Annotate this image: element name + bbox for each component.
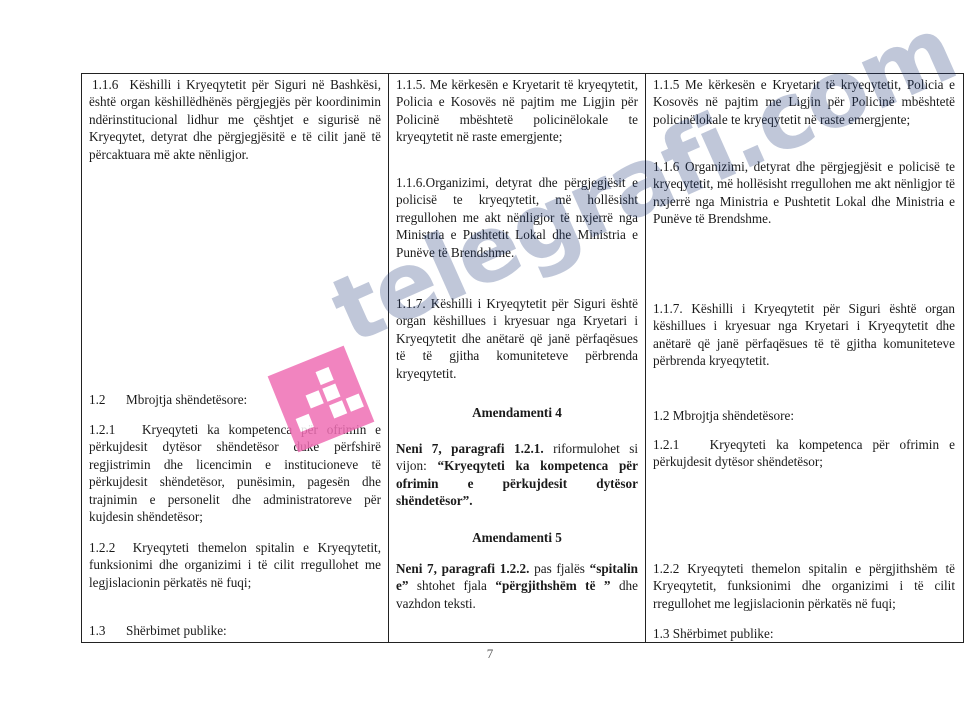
paragraph-number: 1.2 — [89, 391, 126, 408]
comparison-table: 1.1.6 Këshilli i Kryeqytetit për Siguri … — [81, 73, 964, 643]
paragraph-text: Shërbimet publike: — [126, 623, 227, 638]
paragraph-1-1-7: 1.1.7. Këshilli i Kryeqytetit për Siguri… — [653, 300, 955, 370]
amendment-text: pas fjalës — [529, 561, 589, 576]
paragraph-1-3: 1.3 Shërbimet publike: — [653, 625, 955, 642]
page-number: 7 — [0, 646, 980, 662]
column-amendments: 1.1.5. Me kërkesën e Kryetarit të kryeqy… — [389, 74, 646, 642]
paragraph-number: 1.2.2 — [89, 540, 115, 555]
paragraph-number: 1.3 — [89, 622, 126, 639]
paragraph-1-2-2: 1.2.2 Kryeqyteti themelon spitalin e Kry… — [89, 539, 381, 591]
amendment-5-heading: Amendamenti 5 — [396, 529, 638, 546]
paragraph-1-1-5: 1.1.5 Me kërkesën e Kryetarit të kryeqyt… — [653, 76, 955, 128]
amendment-4-text: Neni 7, paragrafi 1.2.1. riformulohet si… — [396, 440, 638, 510]
article-reference: Neni 7, paragrafi 1.2.1. — [396, 441, 544, 456]
document-page: 1.1.6 Këshilli i Kryeqytetit për Siguri … — [0, 0, 980, 709]
amendment-5-text: Neni 7, paragrafi 1.2.2. pas fjalës “spi… — [396, 560, 638, 612]
paragraph-1-1-6: 1.1.6 Këshilli i Kryeqytetit për Siguri … — [89, 76, 381, 163]
paragraph-1-1-5: 1.1.5. Me kërkesën e Kryetarit të kryeqy… — [396, 76, 638, 146]
amendment-4-heading: Amendamenti 4 — [396, 404, 638, 421]
article-reference: Neni 7, paragrafi 1.2.2. — [396, 561, 529, 576]
paragraph-1-1-6: 1.1.6 Organizimi, detyrat dhe përgjegjës… — [653, 158, 955, 228]
paragraph-1-1-6: 1.1.6.Organizimi, detyrat dhe përgjegjës… — [396, 174, 638, 261]
paragraph-1-2-1: 1.2.1 Kryeqyteti ka kompetenca për ofrim… — [653, 436, 955, 471]
paragraph-1-2: 1.2 Mbrojtja shëndetësore: — [653, 407, 955, 424]
amendment-quote: “përgjithshëm të ” — [495, 578, 610, 593]
paragraph-number: 1.1.6 — [92, 77, 118, 92]
paragraph-text: Këshilli i Kryeqytetit për Siguri në Bas… — [89, 77, 381, 162]
paragraph-1-3: 1.3Shërbimet publike: — [89, 622, 381, 639]
paragraph-1-2-2: 1.2.2 Kryeqyteti themelon spitalin e për… — [653, 560, 955, 612]
paragraph-text: Kryeqyteti ka kompetenca për ofrimin e p… — [89, 422, 381, 524]
paragraph-number: 1.2.1 — [89, 422, 115, 437]
column-consolidated: 1.1.5 Me kërkesën e Kryetarit të kryeqyt… — [646, 74, 963, 642]
paragraph-text: Kryeqyteti themelon spitalin e Kryeqytet… — [89, 540, 381, 590]
amendment-text: shtohet fjala — [408, 578, 495, 593]
paragraph-1-1-7: 1.1.7. Këshilli i Kryeqytetit për Siguri… — [396, 295, 638, 382]
paragraph-text: Mbrojtja shëndetësore: — [126, 392, 247, 407]
